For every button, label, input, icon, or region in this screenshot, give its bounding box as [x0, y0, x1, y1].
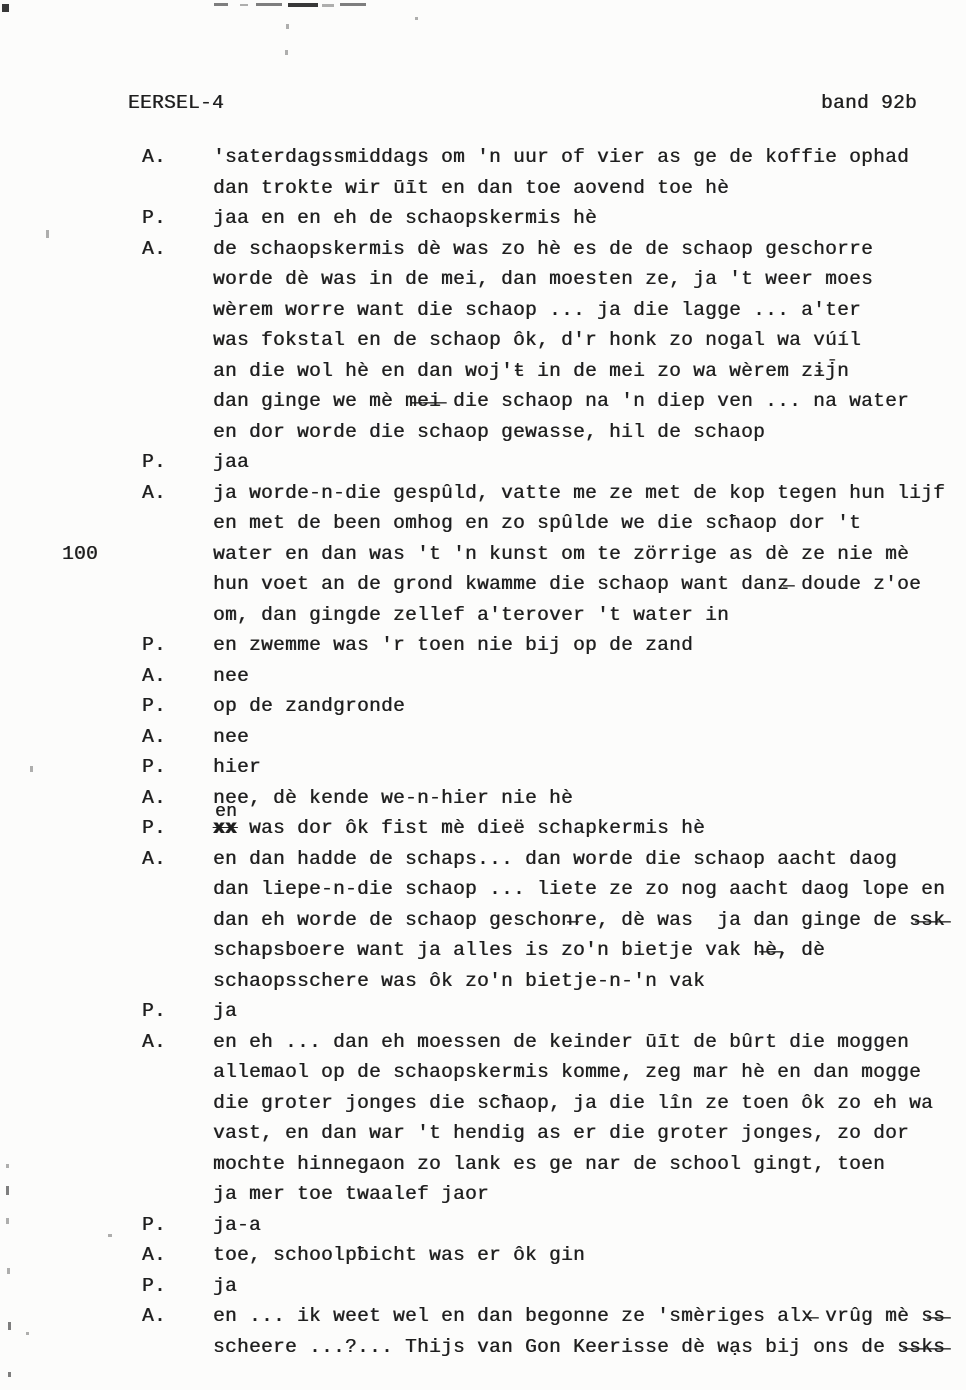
line-text: dan trokte wir ūīt en dan toe aovend toe…	[213, 177, 729, 199]
line-text: om, dan gingde zellef a'terover 't water…	[213, 604, 729, 626]
transcript-line: vast, en dan war 't hendig as er die gro…	[0, 1122, 966, 1153]
line-text: ja	[213, 1000, 237, 1022]
scan-artifact	[26, 1332, 29, 1335]
scan-artifact	[415, 17, 418, 20]
transcript-line: A.en eh ... dan eh moessen de keinder ūī…	[0, 1031, 966, 1062]
line-text: en dan hadde de schaps... dan worde die …	[213, 848, 897, 870]
line-text: allemaol op de schaopskermis komme, zeg …	[213, 1061, 921, 1083]
speaker-label: A.	[142, 1305, 166, 1327]
transcript-line: an die wol hè en dan woj'ŧ in de mei zo …	[0, 360, 966, 391]
transcript-line: 100water en dan was 't 'n kunst om te zö…	[0, 543, 966, 574]
transcript-line: A.nee	[0, 726, 966, 757]
line-text: dan ginge we mè m̶e̶i̶ die schaop na 'n …	[213, 390, 909, 412]
scan-artifact	[340, 3, 366, 6]
line-text: op de zandgronde	[213, 695, 405, 717]
line-text: dan eh worde de schaop geschon̶re, dè wa…	[213, 909, 945, 931]
transcript-line: A.nee, dè kende we-n-hier nie hè	[0, 787, 966, 818]
transcript-line: A.'saterdagssmiddags om 'n uur of vier a…	[0, 146, 966, 177]
scan-artifact	[46, 230, 49, 238]
transcript-line: A.ja worde-n-die gespûld, vatte me ze me…	[0, 482, 966, 513]
line-text: schaopsschere was ôk zo'n bietje-n-'n va…	[213, 970, 705, 992]
line-text: toe, schoolpƀicht was er ôk gin	[213, 1244, 585, 1266]
scan-artifact	[240, 4, 248, 6]
line-text: scheere ...?... Thijs van Gon Keerisse d…	[213, 1336, 945, 1358]
scan-artifact	[286, 24, 289, 29]
scan-artifact	[288, 3, 318, 7]
transcript-line: P.op de zandgronde	[0, 695, 966, 726]
line-text: ja-a	[213, 1214, 261, 1236]
line-text: ja	[213, 1275, 237, 1297]
line-text: schapsboere want ja alles is zo'n bietje…	[213, 939, 825, 961]
line-text: ja worde-n-die gespûld, vatte me ze met …	[213, 482, 945, 504]
speaker-label: A.	[142, 1244, 166, 1266]
speaker-label: A.	[142, 1031, 166, 1053]
transcript-line: wèrem worre want die schaop ... ja die l…	[0, 299, 966, 330]
speaker-label: P.	[142, 1000, 166, 1022]
line-text: dan liepe-n-die schaop ... liete ze zo n…	[213, 878, 945, 900]
scan-artifact	[214, 3, 228, 6]
speaker-label: P.	[142, 207, 166, 229]
transcript-line: A.en dan hadde de schaps... dan worde di…	[0, 848, 966, 879]
scan-artifact	[8, 1322, 11, 1330]
line-text: en met de been omhog en zo spûlde we die…	[213, 512, 861, 534]
transcript: A.'saterdagssmiddags om 'n uur of vier a…	[0, 0, 966, 1390]
transcript-line: worde dè was in de mei, dan moesten ze, …	[0, 268, 966, 299]
transcript-line: A.toe, schoolpƀicht was er ôk gin	[0, 1244, 966, 1275]
transcript-line: dan liepe-n-die schaop ... liete ze zo n…	[0, 878, 966, 909]
scan-artifact	[8, 1372, 11, 1377]
transcript-line: schaopsschere was ôk zo'n bietje-n-'n va…	[0, 970, 966, 1001]
line-text: mochte hinnegaon zo lank es ge nar de sc…	[213, 1153, 885, 1175]
scan-artifact	[2, 4, 9, 12]
transcript-line: schapsboere want ja alles is zo'n bietje…	[0, 939, 966, 970]
transcript-line: ja mer toe twaalef jaor	[0, 1183, 966, 1214]
transcript-line: die groter jonges die scħaop, ja die lîn…	[0, 1092, 966, 1123]
line-text: en dor worde die schaop gewasse, hil de …	[213, 421, 765, 443]
line-text: an die wol hè en dan woj'ŧ in de mei zo …	[213, 360, 849, 382]
scan-artifact	[108, 1234, 112, 1237]
line-text: was fokstal en de schaop ôk, d'r honk zo…	[213, 329, 861, 351]
transcript-line: om, dan gingde zellef a'terover 't water…	[0, 604, 966, 635]
speaker-label: A.	[142, 482, 166, 504]
line-text: worde dè was in de mei, dan moesten ze, …	[213, 268, 873, 290]
line-text: jaa en en eh de schaopskermis hè	[213, 207, 597, 229]
speaker-label: P.	[142, 756, 166, 778]
transcript-line: A.nee	[0, 665, 966, 696]
line-text: en eh ... dan eh moessen de keinder ūīt …	[213, 1031, 909, 1053]
transcript-line: allemaol op de schaopskermis komme, zeg …	[0, 1061, 966, 1092]
document-page: EERSEL-4 band 92b A.'saterdagssmiddags o…	[0, 0, 966, 1390]
line-text: de schaopskermis dè was zo hè es de de s…	[213, 238, 873, 260]
line-text: 'saterdagssmiddags om 'n uur of vier as …	[213, 146, 909, 168]
speaker-label: A.	[142, 238, 166, 260]
margin-line-number: 100	[62, 543, 98, 565]
line-text: enxx was dor ôk fist mè dieë schapkermis…	[213, 817, 705, 839]
line-text: water en dan was 't 'n kunst om te zörri…	[213, 543, 909, 565]
scan-artifact	[256, 3, 282, 6]
line-text: wèrem worre want die schaop ... ja die l…	[213, 299, 861, 321]
scan-artifact	[322, 4, 334, 7]
speaker-label: P.	[142, 1214, 166, 1236]
transcript-line: A.de schaopskermis dè was zo hè es de de…	[0, 238, 966, 269]
transcript-line: A.en ... ik weet wel en dan begonne ze '…	[0, 1305, 966, 1336]
scan-artifact	[6, 1218, 9, 1224]
transcript-line: P.en zwemme was 'r toen nie bij op de za…	[0, 634, 966, 665]
transcript-line: P.jaa	[0, 451, 966, 482]
line-text: en zwemme was 'r toen nie bij op de zand	[213, 634, 693, 656]
transcript-line: P.ja	[0, 1000, 966, 1031]
line-text: ja mer toe twaalef jaor	[213, 1183, 489, 1205]
transcript-line: dan ginge we mè m̶e̶i̶ die schaop na 'n …	[0, 390, 966, 421]
transcript-line: scheere ...?... Thijs van Gon Keerisse d…	[0, 1336, 966, 1367]
scan-artifact	[7, 1268, 10, 1274]
line-text: vast, en dan war 't hendig as er die gro…	[213, 1122, 909, 1144]
speaker-label: A.	[142, 726, 166, 748]
transcript-line: was fokstal en de schaop ôk, d'r honk zo…	[0, 329, 966, 360]
speaker-label: A.	[142, 665, 166, 687]
transcript-line: P.jaa en en eh de schaopskermis hè	[0, 207, 966, 238]
scan-artifact	[30, 766, 33, 772]
transcript-line: mochte hinnegaon zo lank es ge nar de sc…	[0, 1153, 966, 1184]
scan-artifact	[6, 1164, 9, 1168]
line-text: en ... ik weet wel en dan begonne ze 'sm…	[213, 1305, 945, 1327]
speaker-label: A.	[142, 787, 166, 809]
line-text: die groter jonges die scħaop, ja die lîn…	[213, 1092, 933, 1114]
transcript-line: hun voet an de grond kwamme die schaop w…	[0, 573, 966, 604]
scan-artifact	[285, 50, 288, 55]
speaker-label: P.	[142, 695, 166, 717]
speaker-label: A.	[142, 848, 166, 870]
line-text: jaa	[213, 451, 249, 473]
transcript-line: en met de been omhog en zo spûlde we die…	[0, 512, 966, 543]
speaker-label: P.	[142, 1275, 166, 1297]
speaker-label: P.	[142, 451, 166, 473]
line-text: hier	[213, 756, 261, 778]
transcript-line: P.hier	[0, 756, 966, 787]
transcript-line: P.ja-a	[0, 1214, 966, 1245]
line-text: hun voet an de grond kwamme die schaop w…	[213, 573, 921, 595]
transcript-line: P.ja	[0, 1275, 966, 1306]
line-text: nee	[213, 726, 249, 748]
transcript-line: P.enxx was dor ôk fist mè dieë schapkerm…	[0, 817, 966, 848]
line-text: nee	[213, 665, 249, 687]
speaker-label: P.	[142, 634, 166, 656]
correction-inserted-text: en	[215, 802, 237, 822]
scan-artifact	[6, 1186, 9, 1195]
speaker-label: A.	[142, 146, 166, 168]
transcript-line: dan trokte wir ūīt en dan toe aovend toe…	[0, 177, 966, 208]
transcript-line: en dor worde die schaop gewasse, hil de …	[0, 421, 966, 452]
speaker-label: P.	[142, 817, 166, 839]
transcript-line: dan eh worde de schaop geschon̶re, dè wa…	[0, 909, 966, 940]
line-text: nee, dè kende we-n-hier nie hè	[213, 787, 573, 809]
inline-correction: enxx	[213, 817, 237, 839]
